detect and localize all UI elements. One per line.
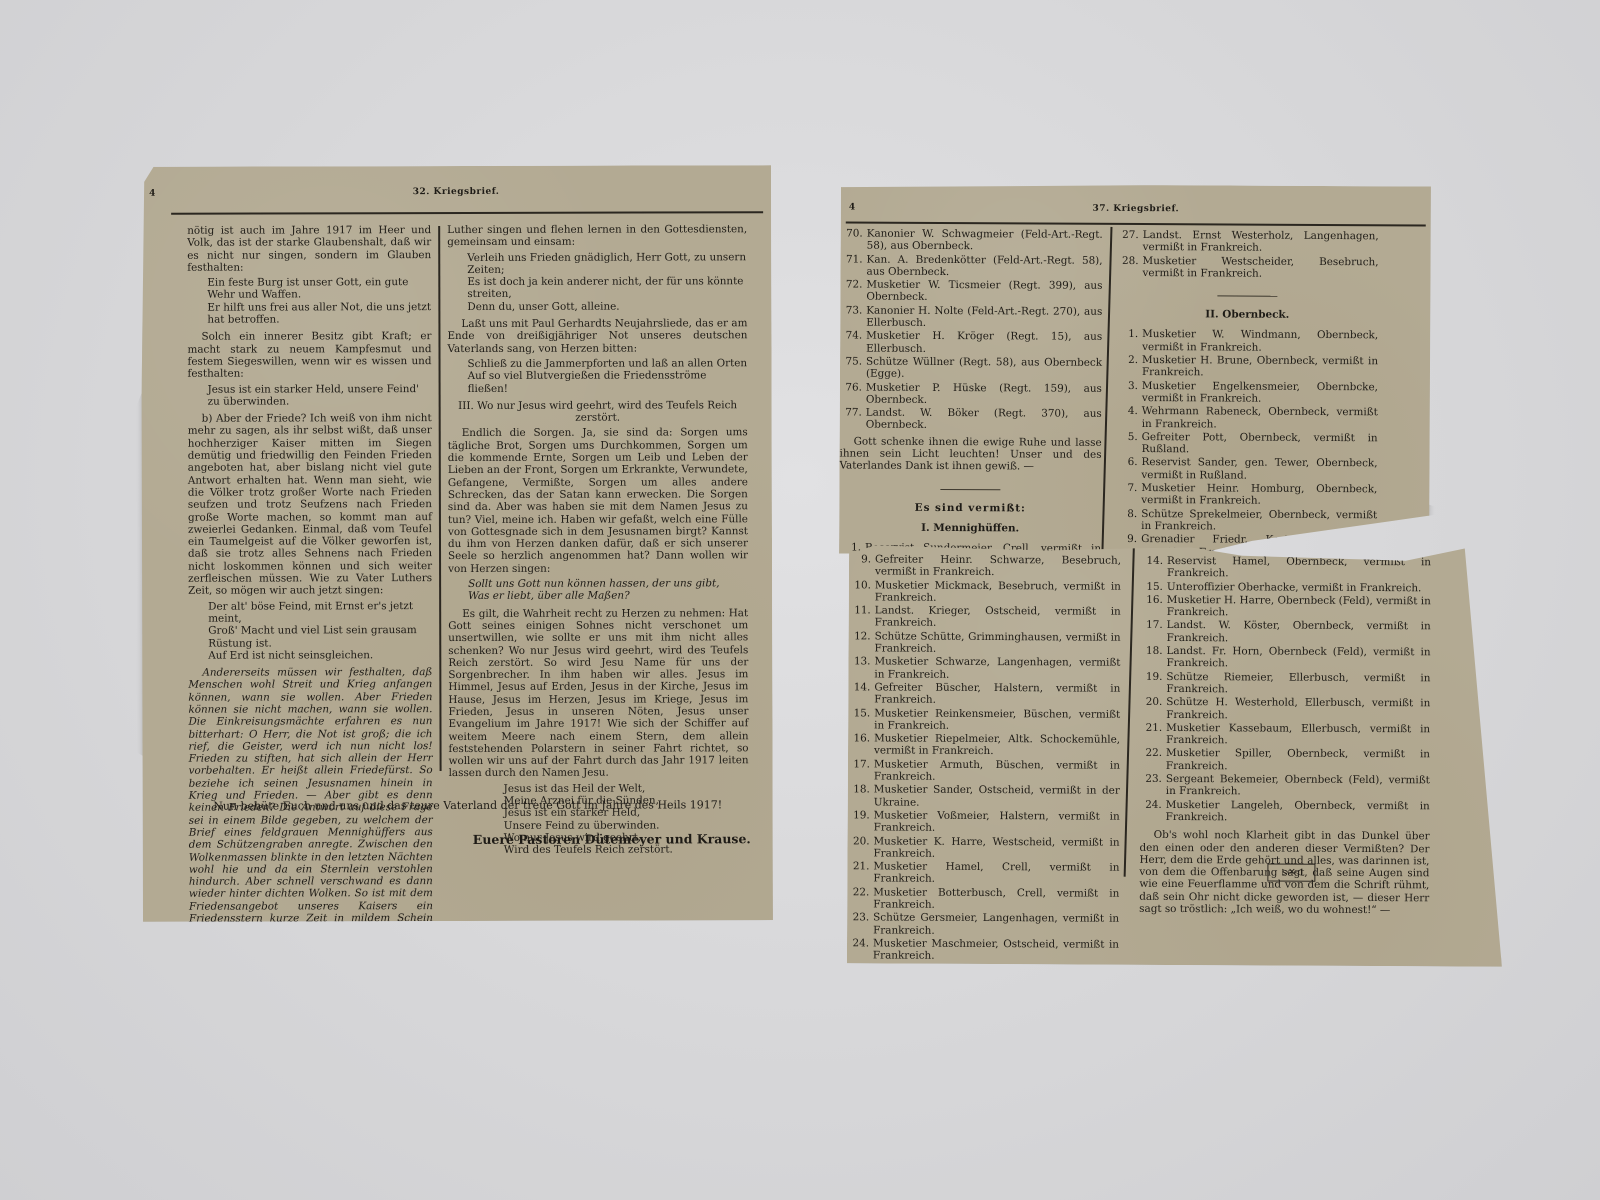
list-item-number: 21. xyxy=(1140,722,1166,747)
list-item-text: Musketier Riepelmeier, Altk. Schockemühl… xyxy=(874,733,1120,759)
blessing-paragraph: Gott schenke ihnen die ewige Ruhe und la… xyxy=(839,435,1101,473)
list-item-text: Musketier Botterbusch, Crell, vermißt in… xyxy=(873,886,1119,912)
list-item-number: 73. xyxy=(840,304,866,329)
list-item: 26.Wehrmann Sundermeier, Besebruch, verm… xyxy=(847,988,1119,1014)
list-item-text: Musketier Maschmeier, Ostscheid, vermißt… xyxy=(873,937,1119,963)
list-item-text: Gefreiter Büscher, Halstern, vermißt in … xyxy=(874,681,1120,707)
list-item-number: 9. xyxy=(849,553,875,578)
missing-list-mennighuffen-part2: 9.Gefreiter Heinr. Schwarze, Besebruch, … xyxy=(847,553,1121,1014)
list-item-number: 75. xyxy=(840,355,866,380)
list-item-number: 76. xyxy=(840,381,866,406)
list-item: 21.Musketier Hamel, Crell, vermißt in Fr… xyxy=(847,860,1119,886)
verse-line: Unsere Feind zu überwinden. xyxy=(504,819,749,832)
paragraph: Laßt uns mit Paul Gerhardts Neujahrslied… xyxy=(447,317,747,355)
list-item: 22.Musketier Botterbusch, Crell, vermißt… xyxy=(847,886,1119,912)
list-item: 16.Musketier Riepelmeier, Altk. Schockem… xyxy=(848,732,1120,758)
list-item-text: Schütze Schütte, Grimminghausen, vermißt… xyxy=(875,630,1121,656)
list-item-number: 15. xyxy=(1141,580,1167,592)
verse-line: Jesus ist ein starker Held, unsere Feind… xyxy=(208,383,432,408)
list-item-text: Schütze Sprekelmeier, Obernbeck, vermißt… xyxy=(1141,508,1377,534)
list-item-text: Landst. W. Böker (Regt. 370), aus Obernb… xyxy=(866,407,1102,433)
verse-line: Denn du, unser Gott, alleine. xyxy=(467,300,747,313)
list-item: 21.Musketier Kassebaum, Ellerbusch, verm… xyxy=(1140,722,1430,748)
list-item-text: Musketier Armuth, Büschen, vermißt in Fr… xyxy=(874,758,1120,784)
list-item: 23.Sergeant Bekemeier, Obernbeck (Feld),… xyxy=(1140,773,1430,799)
list-item: 77.Landst. W. Böker (Regt. 370), aus Obe… xyxy=(840,407,1102,433)
list-item-text: Schütze H. Westerhold, Ellerbusch, vermi… xyxy=(1166,696,1430,722)
list-item: 15.Unteroffizier Oberhacke, vermißt in F… xyxy=(1141,580,1431,594)
list-item: 18.Musketier Sander, Ostscheid, vermißt … xyxy=(848,784,1120,810)
list-item-number: 10. xyxy=(849,579,875,604)
verse-line: Schließ zu die Jammerpforten und laß an … xyxy=(468,357,748,370)
verse-line: Auf so viel Blutvergießen die Friedensst… xyxy=(468,370,748,395)
list-item: 70.Kanonier W. Schwagmeier (Feld-Art.-Re… xyxy=(841,227,1103,253)
list-item-text: Gefreiter Pott, Obernbeck, vermißt in Ru… xyxy=(1142,431,1378,457)
list-item: 5.Gefreiter Pott, Obernbeck, vermißt in … xyxy=(1116,431,1378,457)
list-item-text: Musketier H. Kröger (Regt. 15), aus Elle… xyxy=(866,330,1102,356)
list-item-text: Gefreiter Heinr. Schwarze, Besebruch, ve… xyxy=(875,553,1121,579)
list-item: 14.Reservist Hamel, Obernbeck, vermißt i… xyxy=(1141,555,1431,581)
list-item-text: Musketier Kassebaum, Ellerbusch, vermißt… xyxy=(1166,722,1430,748)
verse-line: Ein feste Burg ist unser Gott, ein gute … xyxy=(207,276,431,301)
column-divider xyxy=(438,226,441,771)
list-item-number: 16. xyxy=(1141,594,1167,619)
list-item-text: Unteroffizier Oberhacke, vermißt in Fran… xyxy=(1167,581,1431,595)
paragraph: Endlich die Sorgen. Ja, sie sind da: Sor… xyxy=(448,427,748,575)
list-item-text: Landst. Fr. Horn, Obernbeck (Feld), verm… xyxy=(1166,645,1430,671)
list-item-text: Wehrmann Sundermeier, Besebruch, vermißt… xyxy=(873,989,1119,1015)
list-item-number: 13. xyxy=(848,656,874,681)
list-item: 20.Schütze H. Westerhold, Ellerbusch, ve… xyxy=(1140,696,1430,722)
list-item-number: 19. xyxy=(848,809,874,834)
list-item: 3.Musketier Engelkensmeier, Obernbcke, v… xyxy=(1116,380,1378,406)
list-item-text: Reservist Hamel, Obernbeck, vermißt in F… xyxy=(1167,555,1431,581)
list-item-number: 2. xyxy=(1116,354,1142,379)
list-item-number: 1. xyxy=(1116,328,1142,353)
list-item-text: Kan. A. Bredenkötter (Feld-Art.-Regt. 58… xyxy=(866,253,1102,279)
list-item-text: Schütze Riemeier, Ellerbusch, vermißt in… xyxy=(1166,671,1430,697)
verse-line: Auf Erd ist nicht seinsgleichen. xyxy=(208,649,432,662)
list-item-text: Landst. W. Köster, Obernbeck, vermißt in… xyxy=(1167,619,1431,645)
list-item-text: Reservist Sander, gen. Tewer, Obernbeck,… xyxy=(1141,456,1377,482)
list-item-text: Musketier Schwarze, Langenhagen, vermißt… xyxy=(874,656,1120,682)
list-item-number: 21. xyxy=(847,860,873,885)
list-item-text: Wehrmann Rabeneck, Obernbeck, vermißt in… xyxy=(1142,405,1378,431)
verse-line: Der alt' böse Feind, mit Ernst er's jetz… xyxy=(208,600,432,625)
list-item-text: Kanonier H. Nolte (Feld-Art.-Regt. 270),… xyxy=(866,304,1102,330)
list-item-text: Musketier Sander, Ostscheid, vermißt in … xyxy=(874,784,1120,810)
list-item-number: 77. xyxy=(840,407,866,432)
list-item-text: Musketier H. Harre, Obernbeck (Feld), ve… xyxy=(1167,594,1431,620)
list-item: 8.Schütze Sprekelmeier, Obernbeck, vermi… xyxy=(1115,508,1377,534)
list-item-number: 5. xyxy=(1116,431,1142,456)
list-item-text: Musketier Langeleh, Obernbeck, vermißt i… xyxy=(1166,799,1430,825)
closing-blessing: Nun behüte Euch und uns und das teure Va… xyxy=(183,798,753,812)
list-item: 14.Gefreiter Büscher, Halstern, vermißt … xyxy=(848,681,1120,707)
list-item-number: 23. xyxy=(847,912,873,937)
list-item-text: Kanonier W. Schwagmeier (Feld-Art.-Regt.… xyxy=(867,228,1103,254)
header-rule xyxy=(171,211,763,215)
ornament-icon: ▷✕◁ xyxy=(1267,863,1315,881)
list-item-text: Musketier W. Windmann, Obernbeck, vermiß… xyxy=(1142,329,1378,355)
list-item: 25.Füsilier Köstring, Horst, vermißt in … xyxy=(847,963,1119,989)
fallen-soldiers-list: 70.Kanonier W. Schwagmeier (Feld-Art.-Re… xyxy=(840,227,1103,432)
list-item: 17.Musketier Armuth, Büschen, vermißt in… xyxy=(848,758,1120,784)
list-item: 6.Reservist Sander, gen. Tewer, Obernbec… xyxy=(1115,456,1377,482)
paragraph: Es gilt, die Wahrheit recht zu Herzen zu… xyxy=(448,607,748,780)
list-item-text: Musketier Engelkensmeier, Obernbcke, ver… xyxy=(1142,380,1378,406)
list-item: 71.Kan. A. Bredenkötter (Feld-Art.-Regt.… xyxy=(840,253,1102,279)
verse-line: Verleih uns Frieden gnädiglich, Herr Got… xyxy=(467,251,747,276)
list-item-number: 16. xyxy=(848,732,874,757)
list-item-text: Musketier H. Brune, Obernbeck, vermißt i… xyxy=(1142,354,1378,380)
list-item-number: 26. xyxy=(847,988,873,1013)
list-item-text: Landst. Ernst Westerholz, Langenhagen, v… xyxy=(1143,229,1379,255)
list-item-number: 17. xyxy=(1141,619,1167,644)
verse-line: Was er liebt, über alle Maßen? xyxy=(468,590,748,603)
list-item: 73.Kanonier H. Nolte (Feld-Art.-Regt. 27… xyxy=(840,304,1102,330)
paragraph: b) Aber der Friede? Ich weiß von ihm nic… xyxy=(188,412,432,597)
list-item-text: Musketier Voßmeier, Halstern, vermißt in… xyxy=(874,809,1120,835)
section-rule xyxy=(1217,296,1277,297)
list-item: 15.Musketier Reinkensmeier, Büschen, ver… xyxy=(848,707,1120,733)
list-item-number: 18. xyxy=(1140,645,1166,670)
list-item: 18.Landst. Fr. Horn, Obernbeck (Feld), v… xyxy=(1140,645,1430,671)
column-divider xyxy=(1101,227,1112,557)
page-title: 37. Kriegsbrief. xyxy=(841,202,1431,215)
hymn-verse: Ein feste Burg ist unser Gott, ein gute … xyxy=(207,276,431,326)
list-item-text: Musketier P. Hüske (Regt. 159), aus Ober… xyxy=(866,381,1102,407)
list-item: 24.Musketier Maschmeier, Ostscheid, verm… xyxy=(847,937,1119,963)
verse-line: Sollt uns Gott nun können hassen, der un… xyxy=(468,577,748,590)
right-document-bottom-fragment: 9.Gefreiter Heinr. Schwarze, Besebruch, … xyxy=(847,545,1504,966)
list-item: 9.Gefreiter Heinr. Schwarze, Besebruch, … xyxy=(849,553,1121,579)
paragraph: Solch ein innerer Besitz gibt Kraft; er … xyxy=(187,330,431,380)
list-item: 27.Landst. Ernst Westerholz, Langenhagen… xyxy=(1117,229,1379,255)
right-document-top-fragment: 4 37. Kriegsbrief. 70.Kanonier W. Schwag… xyxy=(839,183,1431,556)
list-item: 4.Wehrmann Rabeneck, Obernbeck, vermißt … xyxy=(1116,405,1378,431)
page-title: 32. Kriegsbrief. xyxy=(141,186,771,198)
list-item-number: 18. xyxy=(848,784,874,809)
list-item: 76.Musketier P. Hüske (Regt. 159), aus O… xyxy=(840,381,1102,407)
list-item-text: Musketier Mickmack, Besebruch, vermißt i… xyxy=(875,579,1121,605)
hymn-verse: Verleih uns Frieden gnädiglich, Herr Got… xyxy=(467,251,747,313)
missing-heading: Es sind vermißt: xyxy=(839,501,1101,515)
list-item: 74.Musketier H. Kröger (Regt. 15), aus E… xyxy=(840,330,1102,356)
list-item-number: 14. xyxy=(1141,555,1167,580)
list-item-number: 14. xyxy=(848,681,874,706)
list-item-number: 6. xyxy=(1115,456,1141,481)
list-item: 13.Musketier Schwarze, Langenhagen, verm… xyxy=(848,656,1120,682)
list-item-number: 15. xyxy=(848,707,874,732)
column-divider xyxy=(1124,547,1135,877)
list-item-number: 8. xyxy=(1115,508,1141,533)
list-item-number: 17. xyxy=(848,758,874,783)
list-item-number: 28. xyxy=(1116,254,1142,279)
missing-list-obernbeck-part2: 14.Reservist Hamel, Obernbeck, vermißt i… xyxy=(1140,555,1431,825)
list-item-text: Musketier Hamel, Crell, vermißt in Frank… xyxy=(873,861,1119,887)
list-item-number: 23. xyxy=(1140,773,1166,798)
list-item: 19.Musketier Voßmeier, Halstern, vermißt… xyxy=(848,809,1120,835)
list-item: 20.Musketier K. Harre, Westscheid, vermi… xyxy=(847,835,1119,861)
list-item: 24.Musketier Langeleh, Obernbeck, vermiß… xyxy=(1140,798,1430,824)
list-item-text: Musketier Spiller, Obernbeck, vermißt in… xyxy=(1166,747,1430,773)
list-item-text: Musketier Westscheider, Besebruch, vermi… xyxy=(1142,255,1378,281)
list-item-number: 7. xyxy=(1115,482,1141,507)
list-item-number: 20. xyxy=(1140,696,1166,721)
list-item-number: 22. xyxy=(847,886,873,911)
list-item-number: 27. xyxy=(1117,229,1143,254)
list-item-number: 3. xyxy=(1116,380,1142,405)
list-item: 10.Musketier Mickmack, Besebruch, vermiß… xyxy=(849,579,1121,605)
hymn-verse: Schließ zu die Jammerpforten und laß an … xyxy=(468,357,748,395)
header-rule xyxy=(846,221,1426,226)
paragraph: Luther singen und flehen lernen in den G… xyxy=(447,223,747,248)
list-item-text: Musketier K. Harre, Westscheid, vermißt … xyxy=(873,835,1119,861)
list-item-number: 22. xyxy=(1140,747,1166,772)
list-item-number: 74. xyxy=(840,330,866,355)
section-rule xyxy=(940,489,1000,490)
list-item: 23.Schütze Gersmeier, Langenhagen, vermi… xyxy=(847,912,1119,938)
section-heading: III. Wo nur Jesus wird geehrt, wird des … xyxy=(448,399,748,424)
list-item-number: 71. xyxy=(840,253,866,278)
list-item: 11.Landst. Krieger, Ostscheid, vermißt i… xyxy=(849,604,1121,630)
list-item-number: 24. xyxy=(1140,798,1166,823)
list-item-number: 11. xyxy=(849,604,875,629)
column-right: Luther singen und flehen lernen in den G… xyxy=(447,223,749,861)
list-item-number: 70. xyxy=(841,227,867,252)
column-left: nötig ist auch im Jahre 1917 im Heer und… xyxy=(187,224,433,1026)
list-item-number: 24. xyxy=(847,937,873,962)
list-item: 72.Musketier W. Ticsmeier (Regt. 399), a… xyxy=(840,279,1102,305)
list-item-text: Füsilier Köstring, Horst, vermißt in Fra… xyxy=(873,963,1119,989)
left-document-sheet: 4 32. Kriegsbrief. nötig ist auch im Jah… xyxy=(141,165,773,922)
list-item-number: 72. xyxy=(840,279,866,304)
list-item-text: Schütze Gersmeier, Langenhagen, vermißt … xyxy=(873,912,1119,938)
list-item-text: Musketier Heinr. Homburg, Obernbeck, ver… xyxy=(1141,482,1377,508)
section-title-mennighuffen: I. Mennighüffen. xyxy=(839,521,1101,535)
signature: Euere Pastoren Dütemeyer und Krause. xyxy=(473,831,751,847)
hymn-verse: Jesus ist ein starker Held, unsere Feind… xyxy=(208,383,432,408)
verse-line: Es ist doch ja kein anderer nicht, der f… xyxy=(467,275,747,300)
list-item: 19.Schütze Riemeier, Ellerbusch, vermißt… xyxy=(1140,670,1430,696)
list-item: 75.Schütze Wüllner (Regt. 58), aus Obern… xyxy=(840,355,1102,381)
list-item-number: 4. xyxy=(1116,405,1142,430)
ornament-glyph: ▷✕◁ xyxy=(1282,868,1300,878)
list-item-text: Landst. Krieger, Ostscheid, vermißt in F… xyxy=(875,605,1121,631)
list-item: 12.Schütze Schütte, Grimminghausen, verm… xyxy=(849,630,1121,656)
missing-list-mennighuffen-tail: 27.Landst. Ernst Westerholz, Langenhagen… xyxy=(1116,229,1378,281)
paragraph: Andererseits müssen wir festhalten, daß … xyxy=(188,666,433,1023)
list-item: 16.Musketier H. Harre, Obernbeck (Feld),… xyxy=(1141,594,1431,620)
list-item: 17.Landst. W. Köster, Obernbeck, vermißt… xyxy=(1141,619,1431,645)
list-item-number: 20. xyxy=(847,835,873,860)
paragraph: nötig ist auch im Jahre 1917 im Heer und… xyxy=(187,224,431,274)
page-header: 4 37. Kriegsbrief. xyxy=(841,197,1431,220)
list-item-number: 19. xyxy=(1140,670,1166,695)
verse-line: Er hilft uns frei aus aller Not, die uns… xyxy=(207,301,431,326)
list-item-number: 12. xyxy=(849,630,875,655)
list-item-number: 25. xyxy=(847,963,873,988)
list-item-text: Musketier W. Ticsmeier (Regt. 399), aus … xyxy=(866,279,1102,305)
list-item: 7.Musketier Heinr. Homburg, Obernbeck, v… xyxy=(1115,482,1377,508)
mennighuffen-column-continued: 9.Gefreiter Heinr. Schwarze, Besebruch, … xyxy=(847,553,1121,1015)
list-item: 28.Musketier Westscheider, Besebruch, ve… xyxy=(1116,254,1378,280)
verse-line: Jesus ist das Heil der Welt, xyxy=(504,782,749,795)
hymn-verse: Sollt uns Gott nun können hassen, der un… xyxy=(468,577,748,602)
list-item: 2.Musketier H. Brune, Obernbeck, vermißt… xyxy=(1116,354,1378,380)
list-item-text: Musketier Reinkensmeier, Büschen, vermiß… xyxy=(874,707,1120,733)
hymn-verse: Der alt' böse Feind, mit Ernst er's jetz… xyxy=(208,600,432,662)
page-header: 4 32. Kriegsbrief. xyxy=(141,179,771,201)
list-item-text: Sergeant Bekemeier, Obernbeck (Feld), ve… xyxy=(1166,773,1430,799)
section-title-obernbeck: II. Obernbeck. xyxy=(1116,308,1378,322)
verse-line: Groß' Macht und viel List sein grausam R… xyxy=(208,624,432,649)
list-item-text: Schütze Wüllner (Regt. 58), aus Obernbec… xyxy=(866,356,1102,382)
list-item: 1.Musketier W. Windmann, Obernbeck, verm… xyxy=(1116,328,1378,354)
list-item: 22.Musketier Spiller, Obernbeck, vermißt… xyxy=(1140,747,1430,773)
